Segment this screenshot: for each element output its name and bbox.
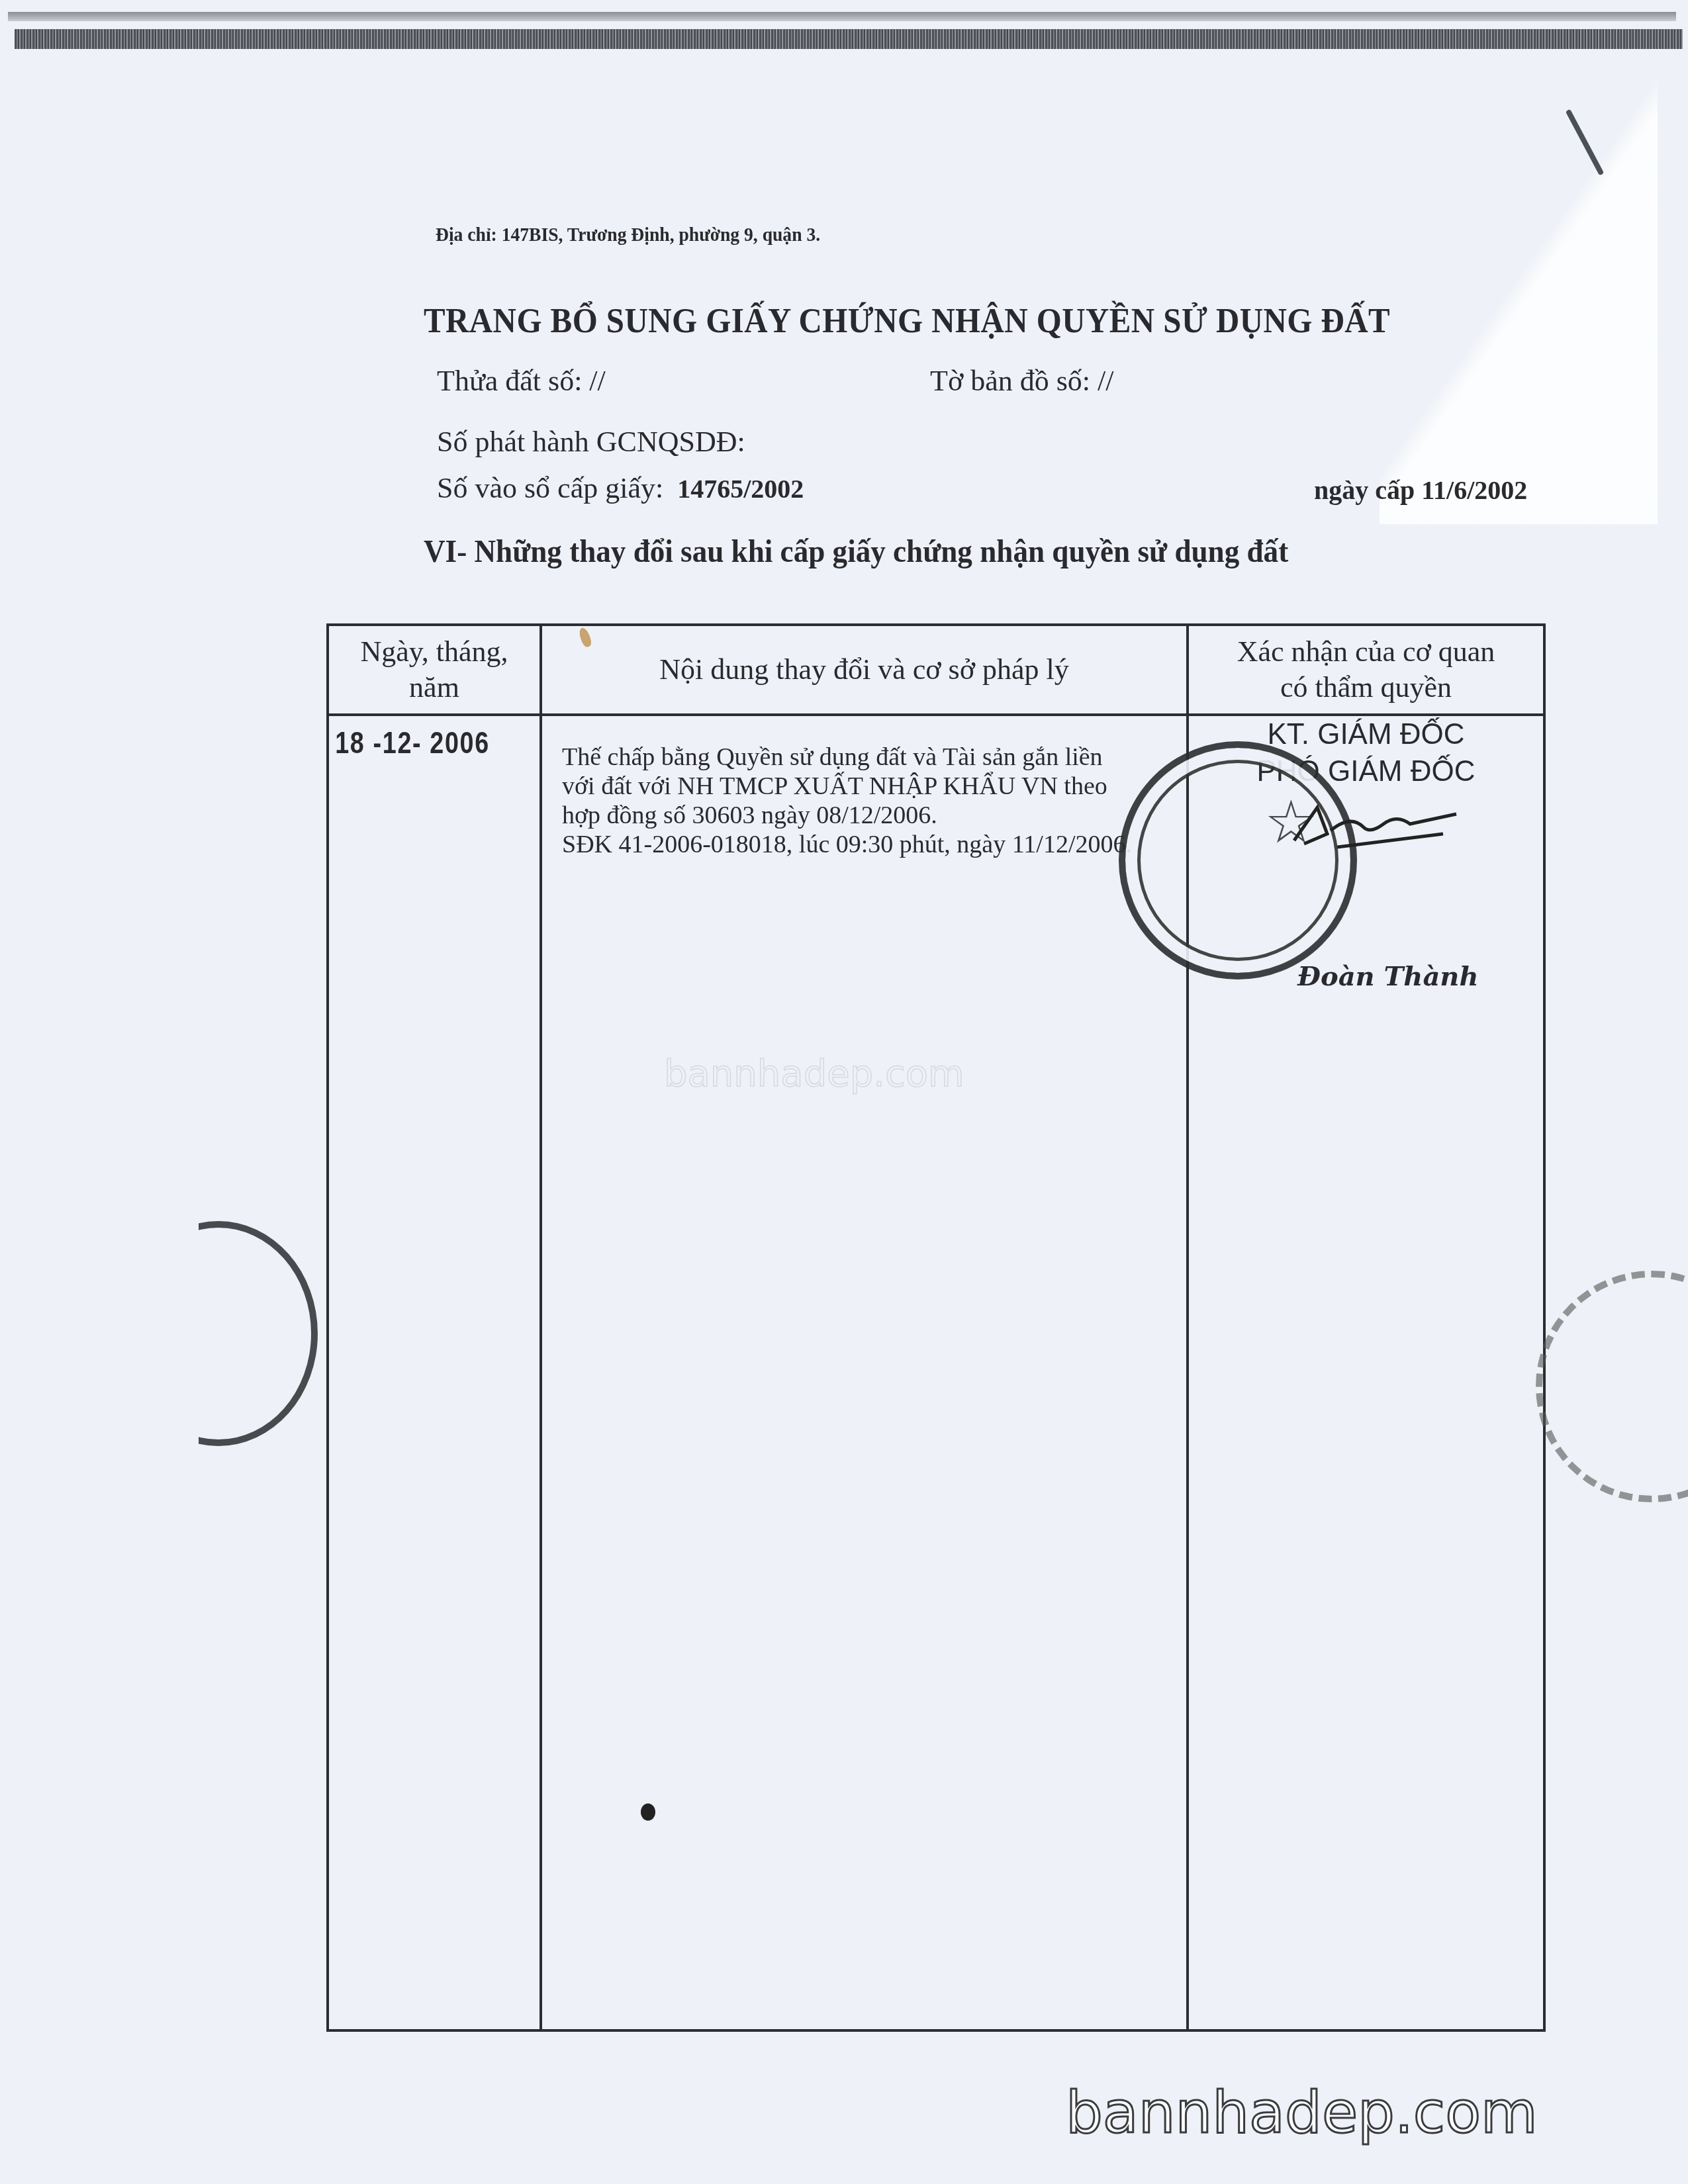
cell-date: 18 -12- 2006 [328, 715, 541, 2030]
cell-content: Thế chấp bằng Quyền sử dụng đất và Tài s… [541, 715, 1188, 2030]
issue-number-label: Số phát hành GCNQSDĐ: [437, 426, 745, 458]
change-date: 18 -12- 2006 [330, 717, 490, 760]
section-title: VI- Những thay đổi sau khi cấp giấy chứn… [424, 533, 1288, 570]
parcel-field: Thửa đất số: // [437, 364, 606, 398]
content-line: Thế chấp bằng Quyền sử dụng đất và Tài s… [562, 743, 1180, 772]
map-sheet-value: // [1098, 365, 1113, 397]
register-label: Số vào sổ cấp giấy: [437, 472, 663, 504]
address-line: Địa chỉ: 147BIS, Trương Định, phường 9, … [436, 224, 820, 246]
signer-name: Đoàn Thành [1297, 961, 1479, 992]
content-line: với đất với NH TMCP XUẤT NHẬP KHẨU VN th… [562, 772, 1180, 801]
register-value: 14765/2002 [677, 474, 804, 504]
issue-date-field: ngày cấp 11/6/2002 [1314, 475, 1527, 506]
watermark-bottom: bannhadep.com [1066, 2078, 1538, 2146]
scan-edge [8, 12, 1676, 21]
register-field: Số vào sổ cấp giấy: 14765/2002 [437, 471, 804, 505]
table-header-row: Ngày, tháng, năm Nội dung thay đổi và cơ… [328, 625, 1544, 715]
map-sheet-field: Tờ bản đồ số: // [930, 364, 1113, 398]
table-row: 18 -12- 2006 Thế chấp bằng Quyền sử dụng… [328, 715, 1544, 2030]
map-sheet-label: Tờ bản đồ số: [930, 365, 1090, 397]
content-line: SĐK 41-2006-018018, lúc 09:30 phút, ngày… [562, 830, 1180, 859]
header-content: Nội dung thay đổi và cơ sở pháp lý [541, 625, 1188, 715]
parcel-label: Thửa đất số: [437, 365, 582, 397]
header-date: Ngày, tháng, năm [328, 625, 541, 715]
issue-number-field: Số phát hành GCNQSDĐ: [437, 425, 745, 459]
ink-blot [641, 1803, 655, 1821]
content-line: hợp đồng số 30603 ngày 08/12/2006. [562, 801, 1180, 830]
signature-icon [1291, 794, 1463, 854]
document-title: TRANG BỔ SUNG GIẤY CHỨNG NHẬN QUYỀN SỬ D… [424, 302, 1390, 341]
issue-date-label: ngày cấp [1314, 475, 1415, 505]
official-stamp [1119, 741, 1357, 979]
parcel-value: // [589, 365, 605, 397]
header-authority: Xác nhận của cơ quan có thẩm quyền [1188, 625, 1544, 715]
issue-date-value: 11/6/2002 [1421, 475, 1527, 505]
page-fold-shadow [1380, 61, 1658, 524]
watermark-center: bannhadep.com [664, 1052, 964, 1095]
scan-artifact-band [15, 29, 1683, 49]
